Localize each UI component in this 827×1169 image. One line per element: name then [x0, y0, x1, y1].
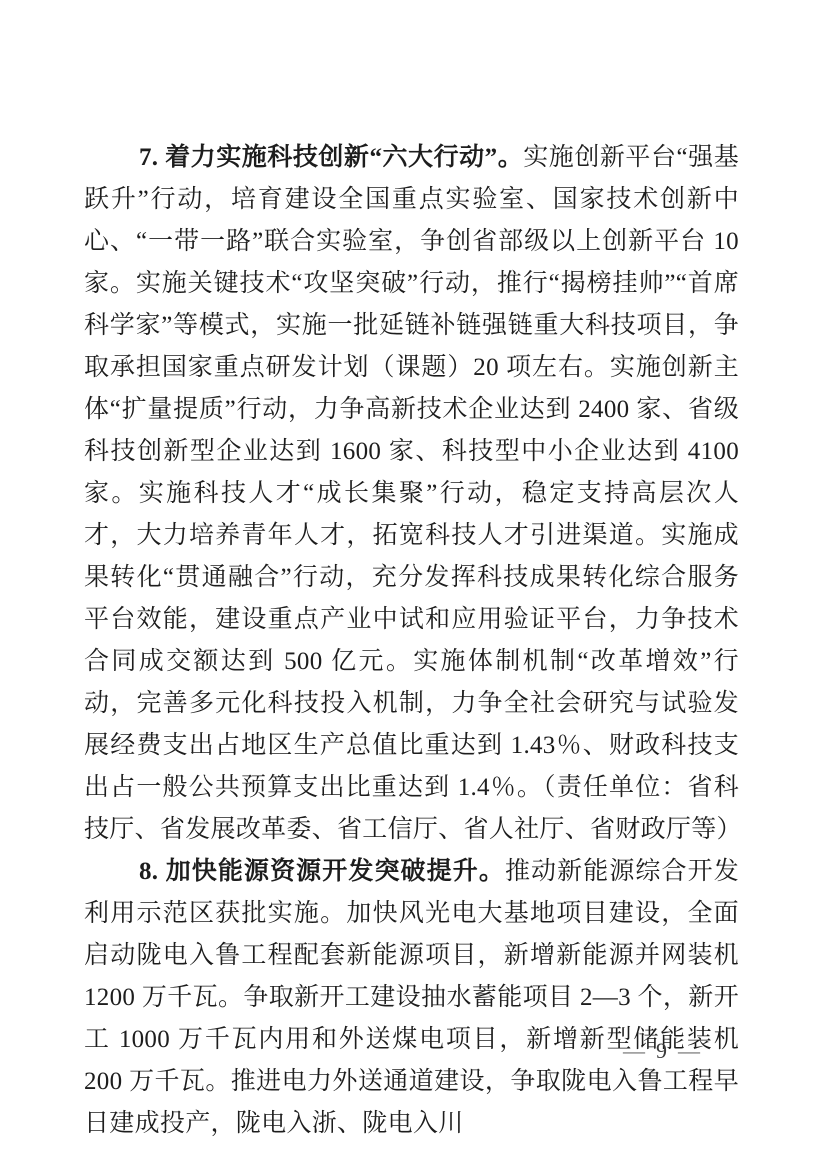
paragraph-7-text: 实施创新平台“强基跃升”行动，培育建设全国重点实验室、国家技术创新中心、“一带一…	[84, 144, 742, 843]
page-number-left-dash: —	[623, 1038, 645, 1063]
document-body: 7. 着力实施科技创新“六大行动”。实施创新平台“强基跃升”行动，培育建设全国重…	[84, 137, 739, 1145]
page-number-value: 9	[656, 1038, 667, 1063]
paragraph-8-heading: 8. 加快能源资源开发突破提升。	[139, 858, 505, 885]
paragraph-7: 7. 着力实施科技创新“六大行动”。实施创新平台“强基跃升”行动，培育建设全国重…	[84, 137, 739, 851]
paragraph-7-heading: 7. 着力实施科技创新“六大行动”。	[139, 144, 523, 171]
page-number: —9—	[623, 1038, 700, 1064]
paragraph-8-text: 推动新能源综合开发利用示范区获批实施。加快风光电大基地项目建设，全面启动陇电入鲁…	[84, 858, 739, 1137]
document-page: 7. 着力实施科技创新“六大行动”。实施创新平台“强基跃升”行动，培育建设全国重…	[0, 0, 827, 1169]
page-number-right-dash: —	[678, 1038, 700, 1063]
paragraph-8: 8. 加快能源资源开发突破提升。推动新能源综合开发利用示范区获批实施。加快风光电…	[84, 851, 739, 1145]
